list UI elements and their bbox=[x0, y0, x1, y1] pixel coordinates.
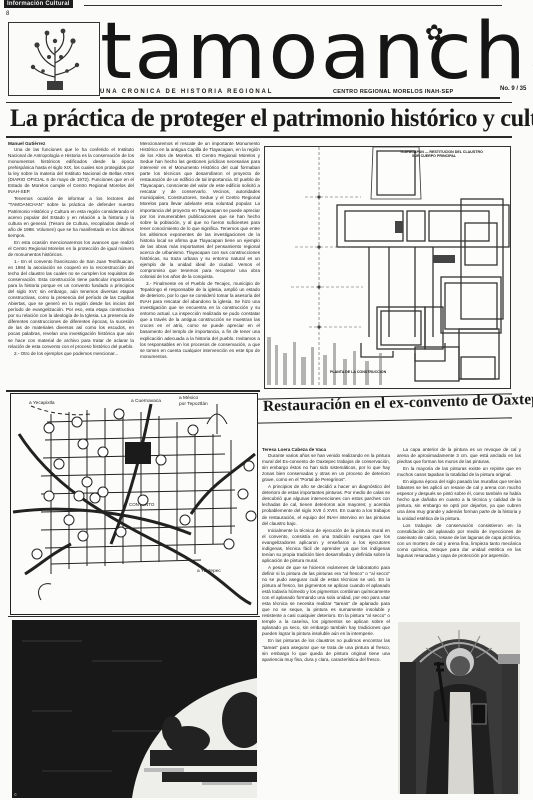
main-article-column-1: Manuel Gutiérrez Una de las funciones qu… bbox=[8, 141, 134, 391]
floor-plan-footer-label: PLANTA DE LA CONSTRUCCION bbox=[330, 370, 386, 374]
map-top-rule bbox=[6, 390, 260, 392]
saint-peter-mural-photo bbox=[398, 622, 520, 794]
second-headline-rule-bottom bbox=[258, 417, 512, 423]
masthead-title: tamoanchan bbox=[100, 8, 533, 96]
paragraph: En las pinturas de los claustros no pudi… bbox=[262, 638, 390, 662]
floor-plan-caption: TLAYACAPAN — RESTITUCION DEL CLAUSTRO SU… bbox=[400, 150, 483, 158]
issue-number: No. 9 / 35 bbox=[500, 86, 526, 92]
map-bottom-rule bbox=[8, 616, 260, 617]
town-map: CONVENTO a Yecapixtla a Cuernavaca a Méx… bbox=[10, 393, 258, 615]
paragraph: Inicialmente la técnica de ejecución de … bbox=[262, 528, 390, 564]
floor-plan-figure bbox=[264, 146, 511, 389]
paragraph: A principios de año se decidió a hacer u… bbox=[262, 484, 390, 526]
paragraph: En la mayoría de las pinturas existe un … bbox=[397, 466, 521, 478]
photo-credit: © bbox=[14, 792, 17, 797]
second-article-column-2: La capa anterior de la pintura es un rev… bbox=[397, 447, 521, 619]
map-label-tepoztlan: por Tepoztlán bbox=[179, 401, 208, 407]
paragraph: 1.- En el convento franciscano de San Ju… bbox=[8, 259, 134, 350]
page-number: 8 bbox=[6, 11, 9, 17]
masthead-publisher: CENTRO REGIONAL MORELOS INAH-SEP bbox=[333, 89, 453, 95]
top-rule bbox=[84, 5, 502, 6]
headline-rule bbox=[6, 136, 512, 138]
issue-label: No. bbox=[500, 86, 510, 92]
street-map-drawing: CONVENTO a Yecapixtla a Cuernavaca a Méx… bbox=[11, 394, 257, 614]
masthead-rule-2 bbox=[6, 102, 512, 103]
second-article-column-1: Teresa Loera Cabeza de Vaca Durante vari… bbox=[262, 447, 390, 800]
codex-tree-icon bbox=[29, 27, 81, 91]
masthead-subtitle: UNA CRONICA DE HISTORIA REGIONAL bbox=[100, 89, 273, 95]
paragraph: Los trabajos de conservación consistiero… bbox=[397, 523, 521, 559]
caption-line: SUR CUERPO PRINCIPAL bbox=[400, 154, 483, 158]
arch-photo-image bbox=[12, 620, 257, 798]
main-article-column-2: Mencionaremos el rescate de un important… bbox=[140, 141, 260, 390]
floor-plan-drawing bbox=[265, 147, 510, 388]
paragraph: Una de las funciones que le ha conferido… bbox=[8, 147, 134, 195]
paragraph: En alguna época del siglo pasado las mur… bbox=[397, 479, 521, 521]
map-label-cuernavaca: a Cuernavaca bbox=[131, 398, 161, 404]
second-headline: Restauración en el ex-convento de Oaxtep… bbox=[263, 390, 533, 416]
main-headline: La práctica de proteger el patrimonio hi… bbox=[10, 105, 533, 133]
convent-arch-photo bbox=[12, 620, 257, 798]
flower-icon: ✿ bbox=[425, 22, 443, 44]
map-label-yautepec: a Yautepec bbox=[197, 568, 221, 574]
paragraph: Durante varios años se han venido realiz… bbox=[262, 453, 390, 483]
masthead-logo-box bbox=[8, 22, 100, 96]
paragraph: 3.- Finalmente en el Pueblo de Tecajec, … bbox=[140, 281, 260, 360]
paragraph: A pesar de que se hicieron exámenes de l… bbox=[262, 565, 390, 638]
map-label-mexico: a México bbox=[179, 395, 199, 401]
mural-image bbox=[398, 622, 520, 794]
paragraph: Tenemos ocasión de informar a los lector… bbox=[8, 196, 134, 238]
issue-value: 9 / 35 bbox=[511, 86, 526, 92]
paragraph: 2.- Otro de los ejemplos que podemos men… bbox=[8, 351, 134, 357]
paragraph: La capa anterior de la pintura es un rev… bbox=[397, 447, 521, 465]
map-label-yecapixtla: a Yecapixtla bbox=[29, 400, 55, 406]
masthead-rule bbox=[100, 97, 500, 99]
paragraph: En esta ocasión mencionaremos los avance… bbox=[8, 240, 134, 258]
section-tag: Información Cultural bbox=[4, 0, 73, 8]
paragraph: Mencionaremos el rescate de un important… bbox=[140, 141, 260, 280]
